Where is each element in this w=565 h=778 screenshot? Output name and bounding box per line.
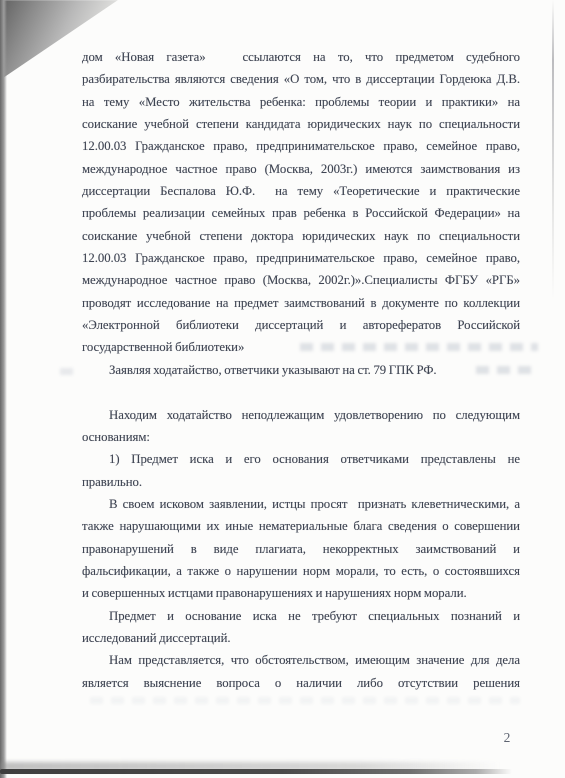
text-line: также нарушающими их иные нематериальные…	[82, 515, 520, 537]
text-line: является выяснение вопроса о наличии либ…	[82, 672, 520, 694]
text-line: соискание учебной степени доктора юридич…	[82, 225, 520, 247]
text-line: Нам представляется, что обстоятельством,…	[82, 649, 520, 671]
text-line: 12.00.03 Гражданское право, предпринимат…	[82, 135, 520, 157]
text-line: исследований диссертаций.	[82, 627, 520, 649]
scanner-edge-left	[0, 0, 7, 778]
scanner-edge-bottom	[0, 769, 512, 774]
text-line: В своем исковом заявлении, истцы просят …	[82, 493, 520, 515]
page-number: 2	[494, 728, 520, 748]
text-line: 12.00.03 Гражданское право, предпринимат…	[82, 247, 520, 269]
text-line: государственной библиотеки»	[82, 336, 520, 358]
text-line: дом «Новая газета» ссылаются на то, что …	[82, 46, 520, 68]
text-line: Находим ходатайство неподлежащим удовлет…	[82, 404, 520, 426]
text-line: проводят исследование на предмет заимств…	[82, 292, 520, 314]
text-line: Предмет и основание иска не требуют спец…	[82, 605, 520, 627]
text-line: основаниям:	[82, 426, 520, 448]
bleed-through-text	[90, 697, 520, 704]
page-fold-line	[552, 0, 554, 300]
scanned-page: дом «Новая газета» ссылаются на то, что …	[0, 0, 565, 778]
text-line: международное частное право (Москва, 200…	[82, 269, 520, 291]
text-line: и совершенных истцами правонарушениях и …	[82, 582, 520, 604]
text-line: Заявляя ходатайство, ответчики указывают…	[82, 359, 520, 381]
text-line: правильно.	[82, 471, 520, 493]
text-line: на тему «Место жительства ребенка: пробл…	[82, 91, 520, 113]
text-line: «Электронной библиотеки диссертаций и ав…	[82, 314, 520, 336]
text-line: международное частное право (Москва, 200…	[82, 158, 520, 180]
text-line: разбирательства являются сведения «О том…	[82, 68, 520, 90]
text-line: правонарушений в виде плагиата, некоррек…	[82, 538, 520, 560]
text-line: соискание учебной степени кандидата юрид…	[82, 113, 520, 135]
document-text: дом «Новая газета» ссылаются на то, что …	[82, 46, 520, 694]
text-line: диссертации Беспалова Ю.Ф. на тему «Теор…	[82, 180, 520, 202]
text-line: проблемы реализации семейных прав ребенк…	[82, 202, 520, 224]
text-line: фальсификации, а также о нарушении норм …	[82, 560, 520, 582]
bleed-through-text	[60, 368, 76, 375]
text-line: 1) Предмет иска и его основания ответчик…	[82, 448, 520, 470]
